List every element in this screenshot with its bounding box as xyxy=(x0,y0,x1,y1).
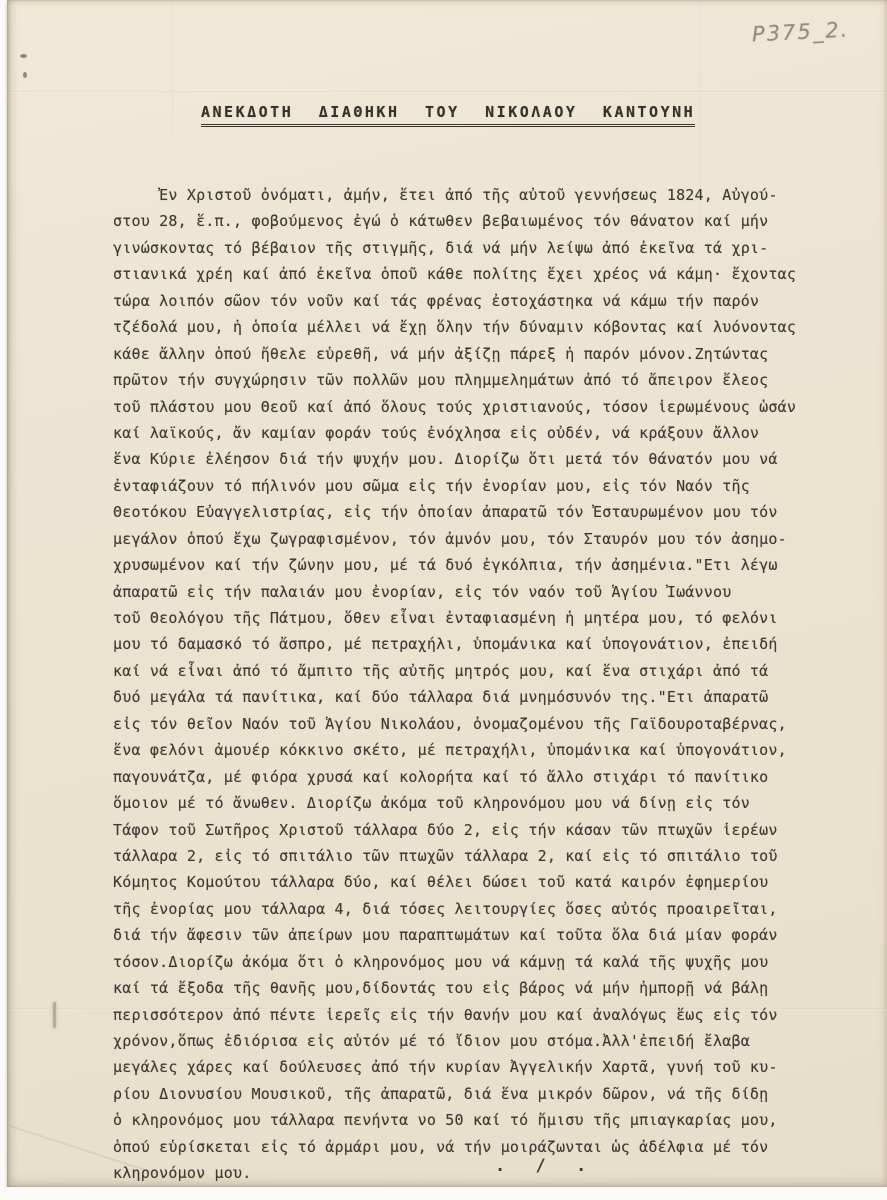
end-of-page-mark: . / . xyxy=(495,1156,596,1176)
text-line: τόσον.Διορίζω ἀκόμα ὅτι ὁ κληρονόμος μου… xyxy=(113,949,835,975)
text-line: ὅμοιον μέ τό ἄνωθεν. Διορίζω ἀκόμα τοῦ κ… xyxy=(113,790,835,816)
text-line: Θεοτόκου Εὐαγγελιστρίας, εἰς τήν ὁποίαν … xyxy=(113,499,835,525)
text-line: γινώσκοντας τό βέβαιον τῆς στιγμῆς, διά … xyxy=(113,235,835,261)
text-line: ἕνα φελόνι ἀμουέρ κόκκινο σκέτο, μέ πετρ… xyxy=(113,737,835,763)
staple-mark xyxy=(53,1002,56,1028)
text-line: κληρονόμον μου. xyxy=(113,1160,835,1186)
text-line: στιανικά χρέη καί ἀπό ἐκεῖνα ὁποῦ κάθε π… xyxy=(113,261,835,287)
text-line: χρυσωμένον καί τήν ζώνην μου, μέ τά δυό … xyxy=(113,552,835,578)
text-line: διά τήν ἄφεσιν τῶν ἀπείρων μου παραπτωμά… xyxy=(113,922,835,948)
text-line: ἕνα Κύριε ἐλέησον διά τήν ψυχήν μου. Διο… xyxy=(113,446,835,472)
text-line: τάλλαρα 2, εἰς τό σπιτάλιο τῶν πτωχῶν τά… xyxy=(113,843,835,869)
document-body: Ἐν Χριστοῦ ὀνόματι, ἀμήν, ἔτει ἀπό τῆς α… xyxy=(113,182,835,1187)
text-line: τώρα λοιπόν σῶον τόν νοῦν καί τάς φρένας… xyxy=(113,288,835,314)
text-line: τοῦ Θεολόγου τῆς Πάτμου, ὅθεν εἶναι ἐντα… xyxy=(113,605,835,631)
text-line: ὁ κληρονόμος μου τάλλαρα πενήντα νο 50 κ… xyxy=(113,1107,835,1133)
text-line: ὁπού εὑρίσκεται εἰς τό ἀρμάρι μου, νά τή… xyxy=(113,1134,835,1160)
archive-number-annotation: Ρ375_2. xyxy=(751,17,849,46)
text-line: δυό μεγάλα τά πανίτικα, καί δύο τάλλαρα … xyxy=(113,684,835,710)
text-line: ρίου Διονυσίου Μουσικοῦ, τῆς ἀπαρατῶ, δι… xyxy=(113,1081,835,1107)
ink-speck xyxy=(20,54,27,58)
text-line: καί λαϊκούς, ἄν καμίαν φοράν τούς ἐνόχλη… xyxy=(113,420,835,446)
document-title: ΑΝΕΚΔΟΤΗ ΔΙΑΘΗΚΗ ΤΟΥ ΝΙΚΟΛΑΟΥ ΚΑΝΤΟΥΝΗ xyxy=(201,103,695,127)
ink-speck xyxy=(23,72,27,78)
text-line: τῆς ἐνορίας μου τάλλαρα 4, διά τόσες λει… xyxy=(113,896,835,922)
text-line: περισσότερον ἀπό πέντε ἱερεῖς εἰς τήν θα… xyxy=(113,1002,835,1028)
text-line: Ἐν Χριστοῦ ὀνόματι, ἀμήν, ἔτει ἀπό τῆς α… xyxy=(113,182,835,208)
text-line: παγουνάτζα, μέ φιόρα χρυσά καί κολορήτα … xyxy=(113,764,835,790)
text-line: Κόμητος Κομούτου τάλλαρα δύο, καί θέλει … xyxy=(113,869,835,895)
text-line: καί τά ἔξοδα τῆς θανῆς μου,δίδοντάς του … xyxy=(113,975,835,1001)
text-line: χρόνον,ὅπως ἐδιόρισα εἰς αὐτόν μέ τό ἴδι… xyxy=(113,1028,835,1054)
scanned-document-screenshot: { "page": { "archive_mark": "Ρ375_2.", "… xyxy=(0,0,887,1200)
text-line: κάθε ἄλλην ὁπού ἤθελε εὑρεθῆ, νά μήν ἀξί… xyxy=(113,341,835,367)
text-line: μου τό δαμασκό τό ἄσπρο, μέ πετραχήλι, ὑ… xyxy=(113,631,835,657)
scan-background-edge xyxy=(0,1187,887,1200)
paper-crease xyxy=(7,91,887,93)
paper-crease xyxy=(172,0,174,135)
text-line: ἐνταφιάζουν τό πήλινόν μου σῶμα εἰς τήν … xyxy=(113,473,835,499)
text-line: τοῦ πλάστου μου Θεοῦ καί ἀπό ὅλους τούς … xyxy=(113,394,835,420)
text-line: εἰς τόν θεῖον Ναόν τοῦ Ἁγίου Νικολάου, ὀ… xyxy=(113,711,835,737)
text-line: Τάφον τοῦ Σωτῆρος Χριστοῦ τάλλαρα δύο 2,… xyxy=(113,817,835,843)
text-line: μεγάλον ὁπού ἔχω ζωγραφισμένον, τόν ἀμνό… xyxy=(113,526,835,552)
text-line: στου 28, ἕ.π., φοβούμενος ἐγώ ὁ κάτωθεν … xyxy=(113,208,835,234)
text-line: τζέδολά μου, ἡ ὁποία μέλλει νά ἔχῃ ὅλην … xyxy=(113,314,835,340)
text-line: ἀπαρατῶ εἰς τήν παλαιάν μου ἐνορίαν, εἰς… xyxy=(113,579,835,605)
text-line: μεγάλες χάρες καί δούλευσες ἀπό τήν κυρί… xyxy=(113,1054,835,1080)
text-line: καί νά εἶναι ἀπό τό ἄμπιτο τῆς αὐτῆς μητ… xyxy=(113,658,835,684)
text-line: πρῶτον τήν συγχώρησιν τῶν πολλῶν μου πλη… xyxy=(113,367,835,393)
